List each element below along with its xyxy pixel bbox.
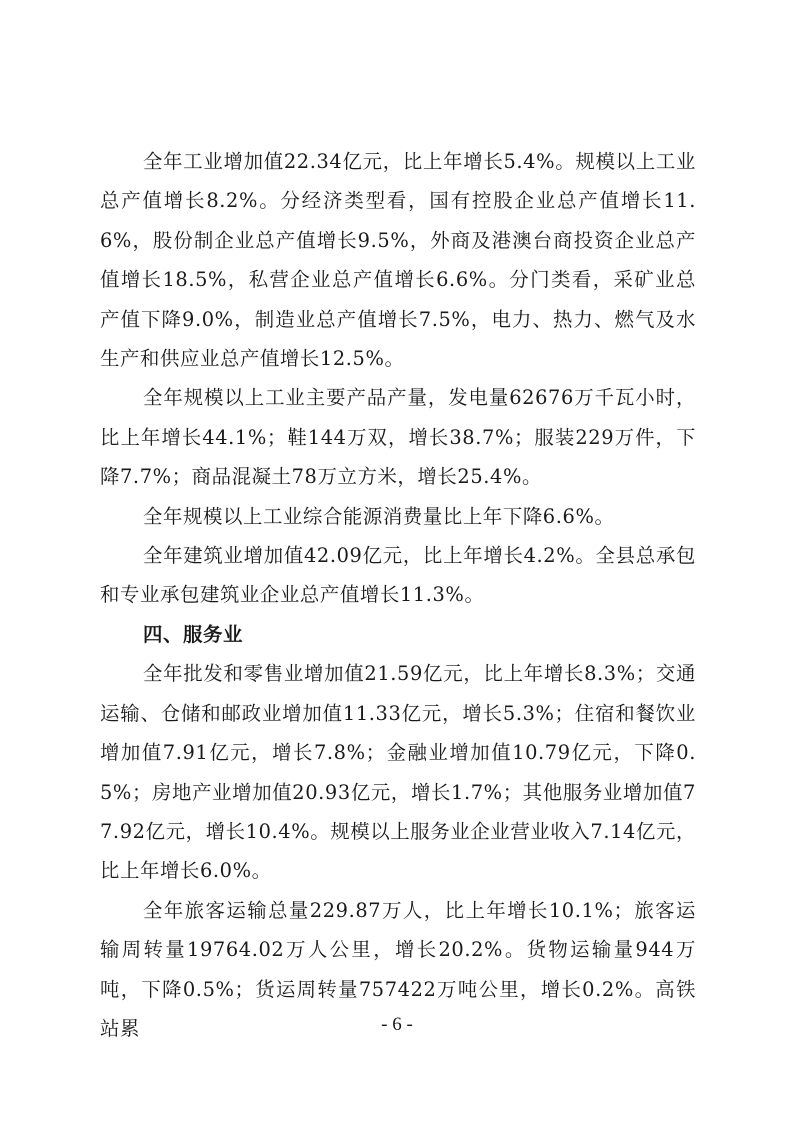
paragraph-industry-value-added: 全年工业增加值22.34亿元，比上年增长5.4%。规模以上工业总产值增长8.2%… <box>100 142 696 378</box>
paragraph-industrial-products-output: 全年规模以上工业主要产品产量，发电量62676万千瓦小时，比上年增长44.1%；… <box>100 378 696 496</box>
document-page-body: 全年工业增加值22.34亿元，比上年增长5.4%。规模以上工业总产值增长8.2%… <box>100 142 696 1048</box>
page-number: - 6 - <box>0 1012 794 1038</box>
paragraph-energy-consumption: 全年规模以上工业综合能源消费量比上年下降6.6%。 <box>100 497 696 536</box>
paragraph-services-value-added: 全年批发和零售业增加值21.59亿元，比上年增长8.3%；交通运输、仓储和邮政业… <box>100 654 696 890</box>
paragraph-construction: 全年建筑业增加值42.09亿元，比上年增长4.2%。全县总承包和专业承包建筑业企… <box>100 536 696 615</box>
section-heading-services: 四、服务业 <box>100 615 696 654</box>
